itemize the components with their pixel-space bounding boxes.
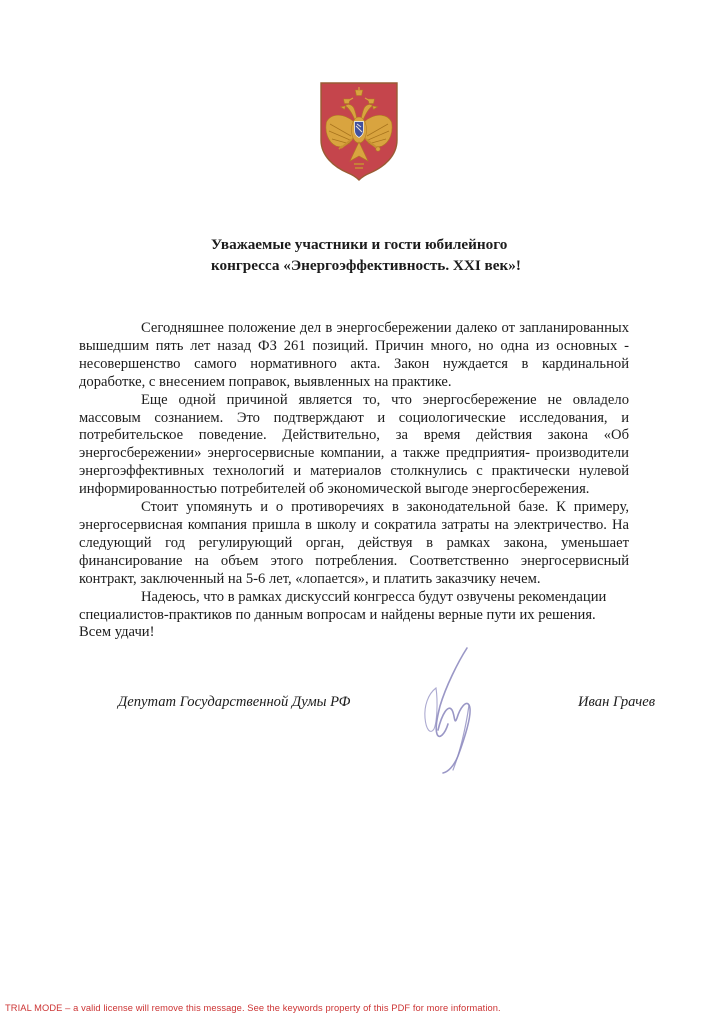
salutation: Уважаемые участники и гости юбилейного к… [211,234,521,276]
paragraph-1: Сегодняшнее положение дел в энергосбереж… [79,320,629,392]
trial-mode-watermark: TRIAL MODE – a valid license will remove… [5,1003,501,1013]
salutation-line-1: Уважаемые участники и гости юбилейного [211,234,521,255]
signatory-name: Иван Грачев [578,694,655,711]
salutation-line-2: конгресса «Энергоэффективность. XXI век»… [211,255,521,276]
paragraph-4: Надеюсь, что в рамках дискуссий конгресс… [79,589,629,643]
handwritten-signature [410,642,490,777]
russia-coat-of-arms-icon [318,78,400,182]
paragraph-2: Еще одной причиной является то, что энер… [79,392,629,499]
letter-page: Уважаемые участники и гости юбилейного к… [0,0,724,1024]
paragraph-3: Стоит упомянуть и о противоречиях в зако… [79,499,629,589]
letter-body: Сегодняшнее положение дел в энергосбереж… [79,320,629,642]
signatory-title: Депутат Государственной Думы РФ [118,694,350,711]
